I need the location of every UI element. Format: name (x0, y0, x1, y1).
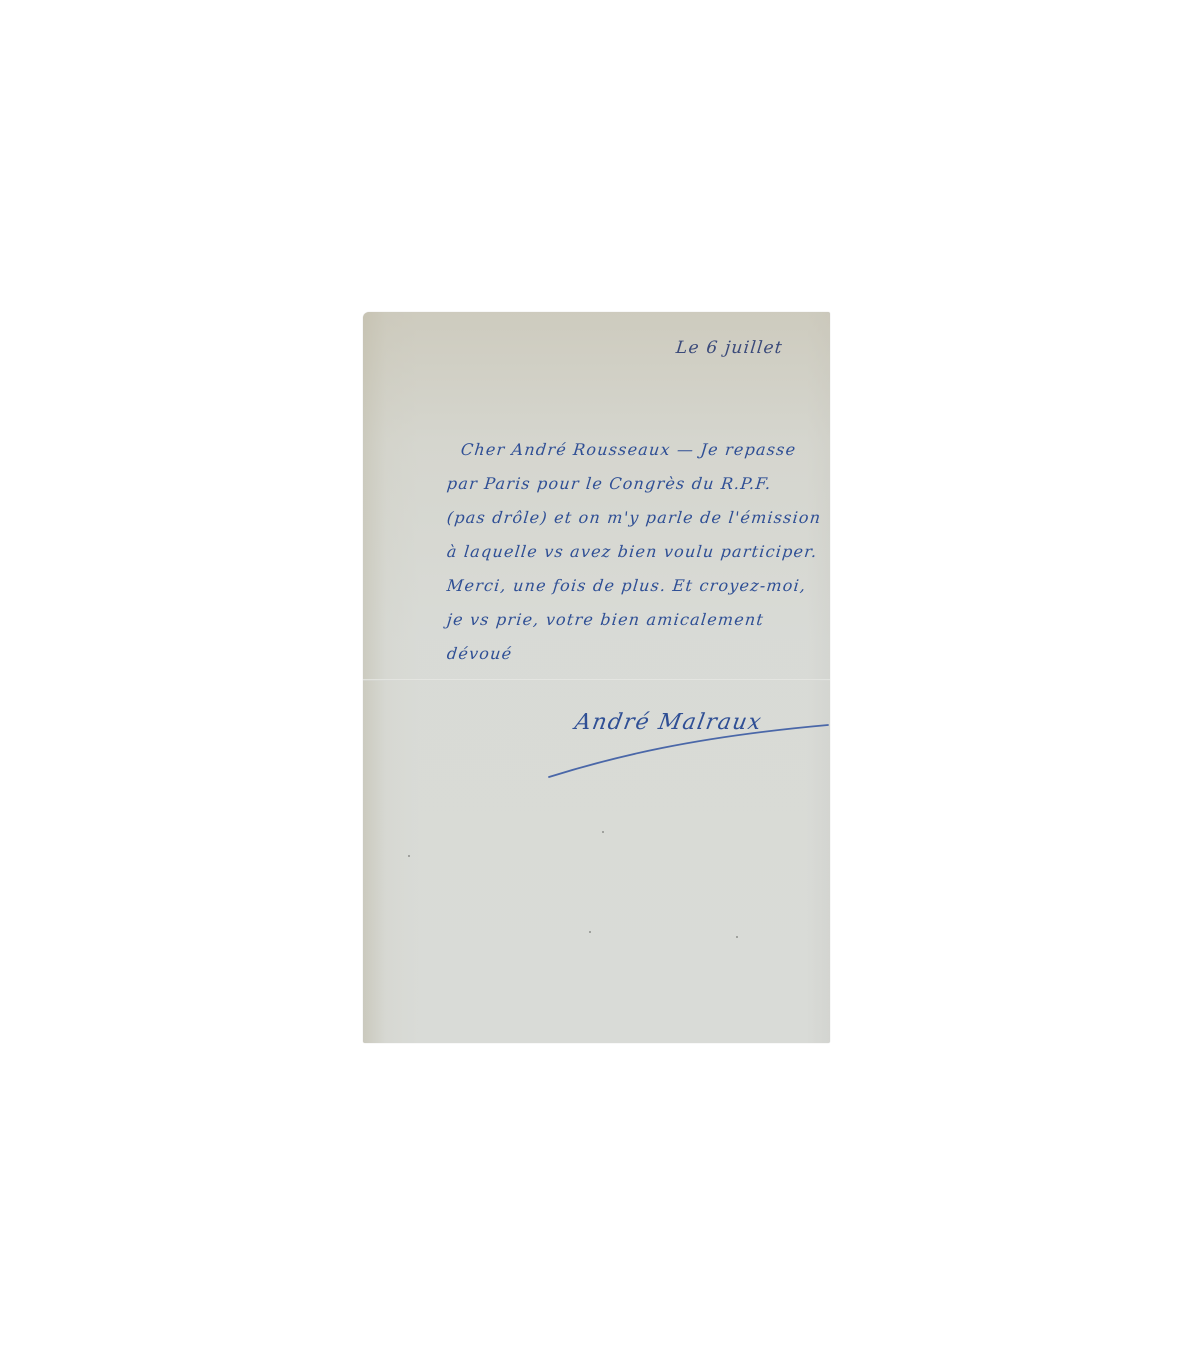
paper-fold-line (363, 679, 830, 681)
letter-line-2: par Paris pour le Congrès du R.P.F. (446, 474, 773, 493)
letter-line-5: Merci, une fois de plus. Et croyez-moi, (446, 576, 807, 595)
letter-date: Le 6 juillet (675, 338, 784, 358)
letter-paper: Le 6 juillet Cher André Rousseaux — Je r… (363, 312, 830, 1043)
paper-speck (602, 831, 604, 833)
letter-line-1: Cher André Rousseaux — Je repasse (460, 440, 797, 459)
letter-line-7: dévoué (446, 644, 513, 663)
signature-flourish (543, 717, 833, 787)
letter-line-4: à laquelle vs avez bien voulu participer… (446, 542, 819, 561)
letter-line-6: je vs prie, votre bien amicalement (446, 610, 765, 629)
paper-speck (736, 936, 738, 938)
paper-speck (589, 931, 591, 933)
paper-speck (408, 855, 410, 857)
letter-line-3: (pas drôle) et on m'y parle de l'émissio… (446, 508, 822, 527)
